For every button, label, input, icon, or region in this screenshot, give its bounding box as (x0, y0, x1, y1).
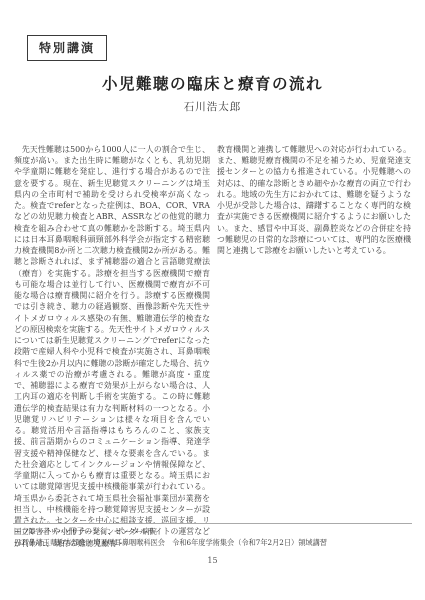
meeting-credit-line: 日耳鼻埼玉県地方部会・埼玉県耳鼻咽喉科医会 令和6年度学術集会（令和7年2月2日… (14, 537, 414, 548)
abstract-column-right: 教育機関と連携して難聴児への対応が行われている。また、難聴児療育機関の不足を補う… (217, 144, 411, 257)
page-number: 15 (0, 556, 425, 565)
proceedings-page: 特別講演 小児難聴の臨床と療育の流れ 石川浩太郎 先天性難聴は500から1000… (0, 0, 425, 600)
footer-divider (13, 523, 412, 524)
abstract-column-left: 先天性難聴は500から1000人に一人の割合で生じ、頻度が高い。また出生時に難聴… (14, 144, 210, 549)
author-name: 石川浩太郎 (0, 99, 425, 114)
page-title: 小児難聴の臨床と療育の流れ (0, 72, 425, 94)
affiliation-line: 国立障害者リハビリテーションセンター病院 (14, 526, 414, 537)
section-label-box: 特別講演 (27, 35, 107, 61)
